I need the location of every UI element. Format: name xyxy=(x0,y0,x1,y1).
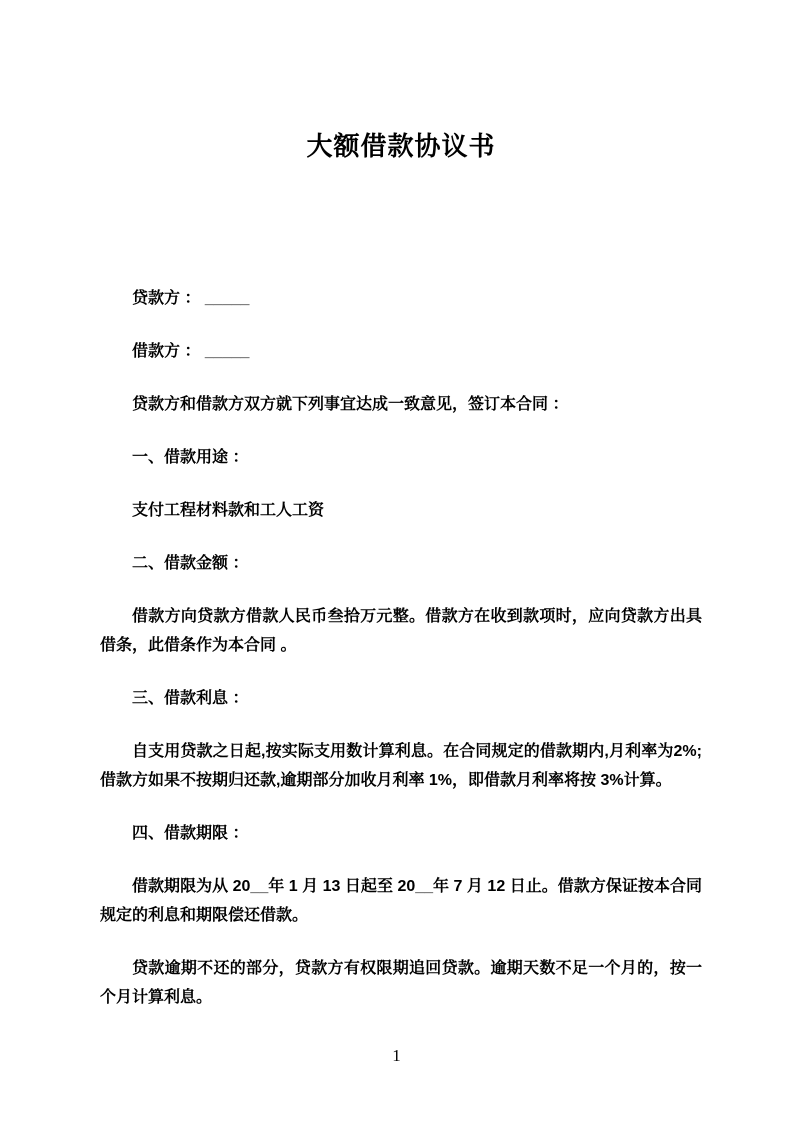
heading-section-1-loan-purpose: 一、借款用途 ： xyxy=(100,443,702,472)
paragraph-borrower-field: 借款方 ： _____ xyxy=(100,337,702,366)
document-content: 大额借款协议书 贷款方 ： _____ 借款方 ： _____ 贷款方和借款方双… xyxy=(0,0,793,1012)
paragraph-lender-field: 贷款方 ： _____ xyxy=(100,284,702,313)
paragraph-loan-purpose-body: 支付工程材料款和工人工资 xyxy=(100,496,702,525)
paragraph-loan-interest-body: 自支用贷款之日起,按实际支用数计算利息。在合同规定的借款期内,月利率为2%;借款… xyxy=(100,737,702,795)
paragraph-loan-amount-body: 借款方向贷款方借款人民币叁拾万元整。借款方在收到款项时，应向贷款方出具借条，此借… xyxy=(100,602,702,660)
heading-section-4-loan-term: 四、借款期限 ： xyxy=(100,819,702,848)
document-page: 大额借款协议书 贷款方 ： _____ 借款方 ： _____ 贷款方和借款方双… xyxy=(0,0,793,1122)
heading-section-3-loan-interest: 三、借款利息 ： xyxy=(100,684,702,713)
paragraph-overdue-repayment-body: 贷款逾期不还的部分，贷款方有权限期追回贷款。逾期天数不足一个月的，按一个月计算利… xyxy=(100,954,702,1012)
document-title: 大额借款协议书 xyxy=(100,128,702,164)
page-number: 1 xyxy=(0,1046,793,1066)
heading-section-2-loan-amount: 二、借款金额 ： xyxy=(100,549,702,578)
paragraph-preamble: 贷款方和借款方双方就下列事宜达成一致意见，签订本合同 ： xyxy=(100,390,702,419)
paragraph-loan-term-body: 借款期限为从 20__年 1 月 13 日起至 20__年 7 月 12 日止。… xyxy=(100,872,702,930)
